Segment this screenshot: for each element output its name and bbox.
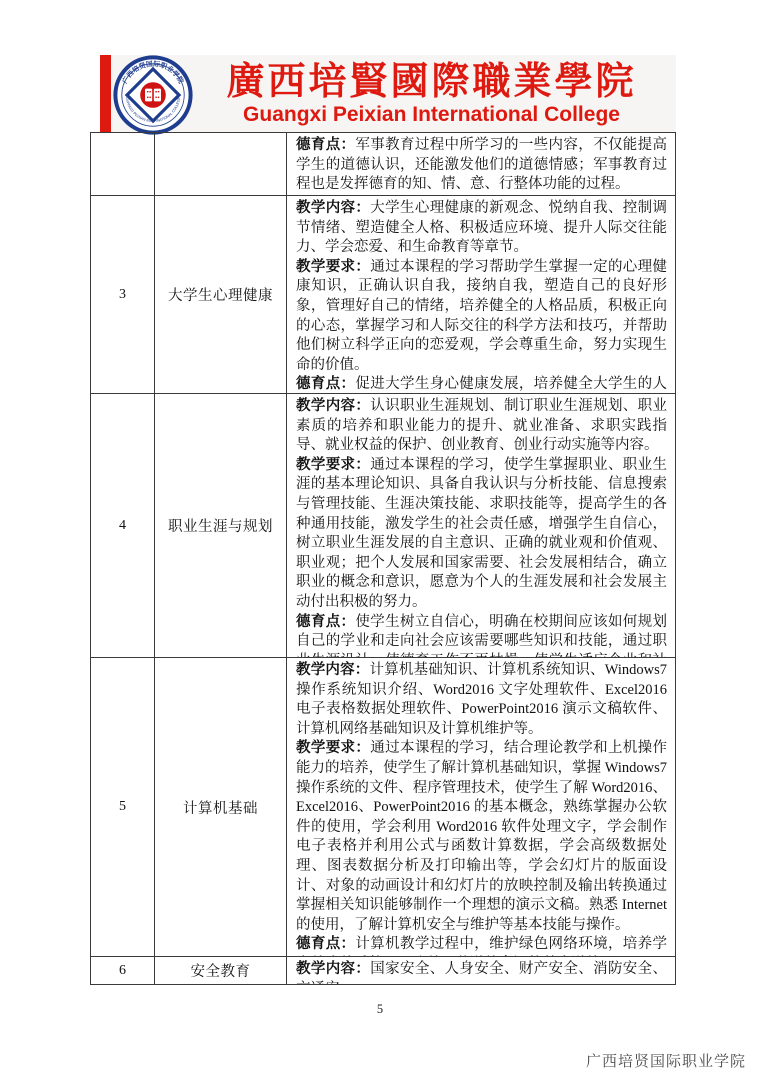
course-name-cell: 计算机基础 [155,658,287,957]
row-number-cell: 4 [91,394,155,658]
course-name-cell [155,133,287,196]
college-seal-icon: 广西培贤国际职业学院 GUANGXI PEIXIAN INTERNATIONAL… [113,55,193,135]
college-name-en: Guangxi Peixian International College [193,104,670,125]
banner-red-stripe [100,55,111,132]
table-row: 3 大学生心理健康 教学内容：大学生心理健康的新观念、悦纳自我、控制调节情绪、塑… [91,196,676,394]
section-label: 教学要求： [296,457,370,473]
college-name-zh: 廣西培賢國際職業學院 [193,63,670,101]
course-name-cell: 安全教育 [155,957,287,985]
section-paragraph: 教学内容：国家安全、人身安全、财产安全、消防安全、交通安 [296,960,667,985]
section-paragraph: 教学内容：计算机基础知识、计算机系统知识、Windows7 操作系统知识介绍、W… [296,661,667,739]
course-desc-cell: 教学内容：国家安全、人身安全、财产安全、消防安全、交通安 [287,957,676,985]
section-paragraph: 德育点：促进大学生身心健康发展，培养健全大学生的人格，促进意志、气质、个性等非智… [296,375,667,394]
row-number-cell: 3 [91,196,155,394]
section-paragraph: 教学要求：通过本课程的学习帮助学生掌握一定的心理健康知识，正确认识自我，接纳自我… [296,258,667,376]
course-name-cell: 大学生心理健康 [155,196,287,394]
section-label: 教学要求： [296,259,370,275]
footer-college-name: 广西培贤国际职业学院 [586,1050,746,1071]
section-text: 通过本课程的学习，结合理论教学和上机操作能力的培养，使学生了解计算机基础知识，掌… [296,740,667,932]
section-label: 教学要求： [296,740,370,756]
section-label: 德育点： [296,936,355,952]
table-row: 4 职业生涯与规划 教学内容：认识职业生涯规划、制订职业生涯规划、职业素质的培养… [91,394,676,658]
college-titles: 廣西培賢國際職業學院 Guangxi Peixian International… [193,63,676,125]
course-desc-cell: 教学内容：计算机基础知识、计算机系统知识、Windows7 操作系统知识介绍、W… [287,658,676,957]
section-paragraph: 教学内容：认识职业生涯规划、制订职业生涯规划、职业素质的培养和职业能力的提升、就… [296,397,667,456]
section-paragraph: 德育点：军事教育过程中所学习的一些内容，不仅能提高学生的道德认识，还能激发他们的… [296,136,667,195]
section-label: 教学内容： [296,200,370,216]
course-name-cell: 职业生涯与规划 [155,394,287,658]
section-paragraph: 教学要求：通过本课程的学习，使学生掌握职业、职业生涯的基本理论知识、具备自我认识… [296,456,667,613]
section-paragraph: 德育点：使学生树立自信心，明确在校期间应该如何规划自己的学业和走向社会应该需要哪… [296,613,667,658]
section-label: 教学内容： [296,961,370,977]
course-desc-cell: 德育点：军事教育过程中所学习的一些内容，不仅能提高学生的道德认识，还能激发他们的… [287,133,676,196]
section-label: 教学内容： [296,398,370,414]
row-number-cell: 5 [91,658,155,957]
section-label: 德育点： [296,614,355,630]
table-row: 5 计算机基础 教学内容：计算机基础知识、计算机系统知识、Windows7 操作… [91,658,676,957]
page-number: 5 [90,1002,670,1017]
course-table: 德育点：军事教育过程中所学习的一些内容，不仅能提高学生的道德认识，还能激发他们的… [90,132,676,985]
row-number-cell [91,133,155,196]
section-text: 通过本课程的学习，使学生掌握职业、职业生涯的基本理论知识、具备自我认识与分析技能… [296,457,667,610]
section-text: 通过本课程的学习帮助学生掌握一定的心理健康知识，正确认识自我，接纳自我，塑造自己… [296,259,667,373]
table-row: 6 安全教育 教学内容：国家安全、人身安全、财产安全、消防安全、交通安 [91,957,676,985]
table-row: 德育点：军事教育过程中所学习的一些内容，不仅能提高学生的道德认识，还能激发他们的… [91,133,676,196]
course-desc-cell: 教学内容：认识职业生涯规划、制订职业生涯规划、职业素质的培养和职业能力的提升、就… [287,394,676,658]
course-desc-cell: 教学内容：大学生心理健康的新观念、悦纳自我、控制调节情绪、塑造健全人格、积极适应… [287,196,676,394]
section-paragraph: 教学内容：大学生心理健康的新观念、悦纳自我、控制调节情绪、塑造健全人格、积极适应… [296,199,667,258]
section-paragraph: 德育点：计算机教学过程中，维护绿色网络环境，培养学生养成尊重他人，培养公共道德意… [296,935,667,957]
section-paragraph: 教学要求：通过本课程的学习，结合理论教学和上机操作能力的培养，使学生了解计算机基… [296,739,667,935]
seal-center-circle [140,82,166,108]
row-number-cell: 6 [91,957,155,985]
section-label: 德育点： [296,137,355,153]
section-label: 教学内容： [296,662,370,678]
header-banner: 广西培贤国际职业学院 GUANGXI PEIXIAN INTERNATIONAL… [100,55,676,132]
section-label: 德育点： [296,376,355,392]
